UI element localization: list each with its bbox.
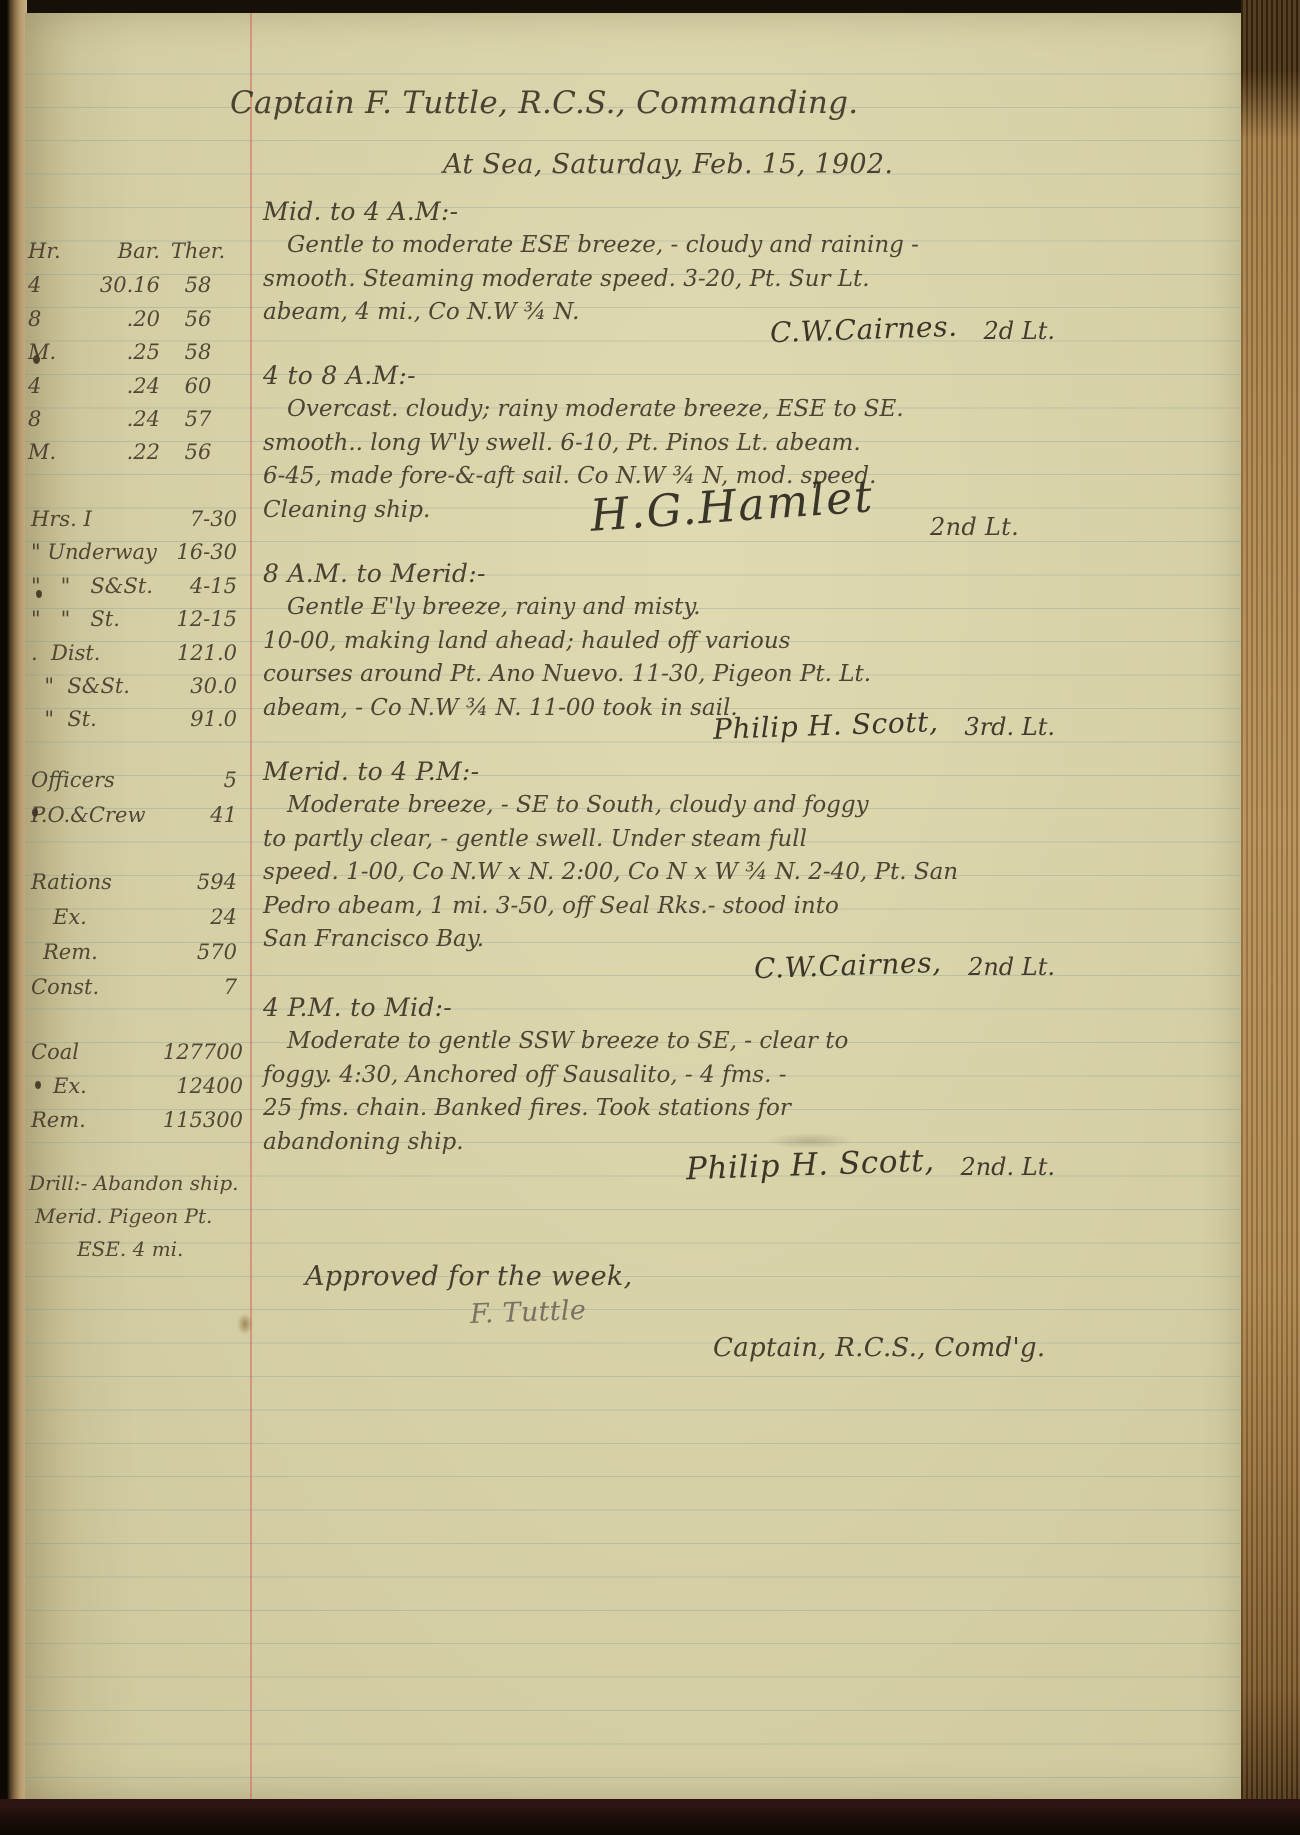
hours-row: Hrs. I 7-30 bbox=[31, 503, 237, 536]
col-header-ther: Ther. bbox=[160, 235, 236, 268]
commanding-line: Captain F. Tuttle, R.C.S., Commanding. bbox=[230, 85, 858, 121]
drill-note-line: Drill:- Abandon ship. bbox=[29, 1167, 259, 1200]
complement-counts: Officers 5 P.O.&Crew 41 bbox=[31, 763, 237, 833]
officer-rank: 2nd Lt. bbox=[930, 513, 1019, 541]
approval-line: Approved for the week, bbox=[305, 1261, 632, 1292]
log-line: Moderate breeze, - SE to South, cloudy a… bbox=[263, 789, 1055, 823]
weather-row: 8 .20 56 bbox=[28, 303, 240, 336]
officer-signature: Philip H. Scott, bbox=[712, 705, 939, 746]
entry-heading-merid-4pm: Merid. to 4 P.M:- bbox=[263, 757, 479, 786]
officer-signature: C.W.Cairnes, bbox=[754, 946, 943, 986]
col-header-hr: Hr. bbox=[28, 235, 74, 268]
log-line: Gentle E'ly breeze, rainy and misty. bbox=[263, 591, 1055, 625]
coal-row: Ex. 12400 bbox=[31, 1069, 243, 1103]
drill-note-line: Merid. Pigeon Pt. bbox=[35, 1200, 259, 1233]
officer-rank: 2nd Lt. bbox=[968, 953, 1055, 981]
hours-row: " " St. 12-15 bbox=[31, 603, 237, 636]
rations-row: Rations 594 bbox=[31, 865, 237, 900]
dateline: At Sea, Saturday, Feb. 15, 1902. bbox=[443, 149, 893, 180]
weather-row: M. .25 58 bbox=[28, 336, 240, 369]
drill-notes: Drill:- Abandon ship. Merid. Pigeon Pt. … bbox=[29, 1167, 259, 1266]
red-margin-line bbox=[250, 13, 252, 1799]
log-line: 10-00, making land ahead; hauled off var… bbox=[263, 625, 1055, 659]
entry-heading-8am-merid: 8 A.M. to Merid:- bbox=[263, 559, 486, 588]
hours-row: . Dist. 121.0 bbox=[31, 637, 237, 670]
officer-rank: 2d Lt. bbox=[984, 317, 1055, 345]
officer-rank: 2nd. Lt. bbox=[960, 1153, 1055, 1181]
complement-row: P.O.&Crew 41 bbox=[31, 798, 237, 833]
page-stain bbox=[237, 1313, 253, 1335]
entry-body-4pm-mid: Moderate to gentle SSW breeze to SE, - c… bbox=[263, 1025, 1055, 1159]
officer-signature: C.W.Cairnes. bbox=[769, 310, 958, 350]
hours-row: " S&St. 30.0 bbox=[31, 670, 237, 703]
log-line: courses around Pt. Ano Nuevo. 11-30, Pig… bbox=[263, 658, 1055, 692]
book-spine-edge bbox=[0, 0, 27, 1835]
log-line: smooth. Steaming moderate speed. 3-20, P… bbox=[263, 263, 1055, 297]
logbook-scan: Captain F. Tuttle, R.C.S., Commanding. A… bbox=[0, 0, 1300, 1835]
log-line: speed. 1-00, Co N.W x N. 2:00, Co N x W … bbox=[263, 856, 1055, 890]
rations-row: Rem. 570 bbox=[31, 935, 237, 970]
entry-heading-4-8am: 4 to 8 A.M:- bbox=[263, 361, 416, 390]
col-header-bar: Bar. bbox=[74, 235, 160, 268]
log-line: to partly clear, - gentle swell. Under s… bbox=[263, 823, 1055, 857]
weather-row: 4 .24 60 bbox=[28, 370, 240, 403]
log-line: foggy. 4:30, Anchored off Sausalito, - 4… bbox=[263, 1059, 1055, 1093]
weather-table: Hr. Bar. Ther. 4 30.16 58 8 .20 56 M. .2… bbox=[28, 235, 240, 470]
entry-signature-row: C.W.Cairnes. 2d Lt. bbox=[263, 313, 1055, 346]
rations-row: Ex. 24 bbox=[31, 900, 237, 935]
captain-title: Captain, R.C.S., Comd'g. bbox=[713, 1333, 1045, 1363]
coal-row: Coal 127700 bbox=[31, 1035, 243, 1069]
coal-counts: Coal 127700 Ex. 12400 Rem. 115300 bbox=[31, 1035, 243, 1137]
log-line: Moderate to gentle SSW breeze to SE, - c… bbox=[263, 1025, 1055, 1059]
rations-counts: Rations 594 Ex. 24 Rem. 570 Const. 7 bbox=[31, 865, 237, 1005]
book-cover-bottom-edge bbox=[0, 1799, 1300, 1835]
hours-row: " St. 91.0 bbox=[31, 703, 237, 736]
weather-table-header: Hr. Bar. Ther. bbox=[28, 235, 240, 268]
captain-signature: F. Tuttle bbox=[469, 1295, 586, 1330]
log-line: Pedro abeam, 1 mi. 3-50, off Seal Rks.- … bbox=[263, 890, 1055, 924]
rations-row: Const. 7 bbox=[31, 970, 237, 1005]
entry-signature-row: Philip H. Scott, 3rd. Lt. bbox=[263, 709, 1055, 742]
weather-row: 8 .24 57 bbox=[28, 403, 240, 436]
log-line: Gentle to moderate ESE breeze, - cloudy … bbox=[263, 229, 1055, 263]
complement-row: Officers 5 bbox=[31, 763, 237, 798]
logbook-page: Captain F. Tuttle, R.C.S., Commanding. A… bbox=[25, 13, 1241, 1799]
log-line: smooth.. long W'ly swell. 6-10, Pt. Pino… bbox=[263, 427, 1055, 461]
officer-signature: Philip H. Scott, bbox=[685, 1143, 935, 1188]
coal-row: Rem. 115300 bbox=[31, 1103, 243, 1137]
entry-signature-row: C.W.Cairnes, 2nd Lt. bbox=[263, 949, 1055, 982]
drill-note-line: ESE. 4 mi. bbox=[77, 1233, 259, 1266]
entry-signature-row: Philip H. Scott, 2nd. Lt. bbox=[263, 1147, 1055, 1183]
weather-row: M. .22 56 bbox=[28, 436, 240, 469]
log-line: Overcast. cloudy; rainy moderate breeze,… bbox=[263, 393, 1055, 427]
hours-row: " Underway 16-30 bbox=[31, 536, 237, 569]
log-line: 25 fms. chain. Banked fires. Took statio… bbox=[263, 1092, 1055, 1126]
entry-body-merid-4pm: Moderate breeze, - SE to South, cloudy a… bbox=[263, 789, 1055, 957]
weather-row: 4 30.16 58 bbox=[28, 269, 240, 302]
hours-log: Hrs. I 7-30 " Underway 16-30 " " S&St. 4… bbox=[31, 503, 237, 737]
officer-rank: 3rd. Lt. bbox=[964, 713, 1055, 741]
entry-heading-mid-4am: Mid. to 4 A.M:- bbox=[263, 197, 458, 226]
entry-heading-4pm-mid: 4 P.M. to Mid:- bbox=[263, 993, 452, 1022]
hours-row: " " S&St. 4-15 bbox=[31, 570, 237, 603]
book-fore-edge bbox=[1241, 0, 1300, 1835]
